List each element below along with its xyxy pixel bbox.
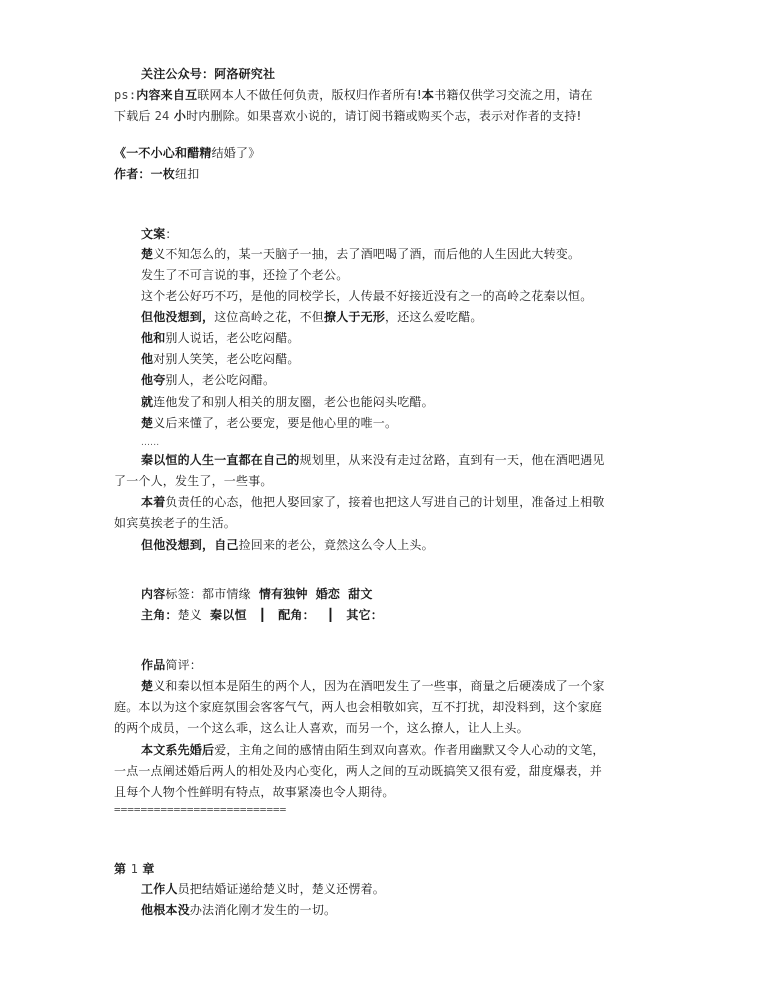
book-author: 作者：一枚纽扣 [114, 166, 199, 182]
account-name: 阿洛研究社 [214, 67, 275, 81]
synopsis-line: 但他没想到，这位高岭之花，不但撩人于无形，还这么爱吃醋。 [141, 309, 483, 325]
synopsis-para1-line1: 秦以恒的人生一直都在自己的规划里，从来没有走过岔路，直到有一天，他在酒吧遇见 [141, 452, 605, 468]
review-p2-line2: 一点一点阐述婚后两人的相处及内心变化，两人之间的互动既搞笑又很有爱，甜度爆表，并 [114, 763, 602, 779]
review-p1-line2: 庭。本以为这个家庭氛围会客客气气，两人也会相敬如宾，互不打扰，却没料到，这个家庭 [114, 699, 602, 715]
ellipsis: ...... [141, 435, 159, 451]
review-p2-line3: 且每个人物个性鲜明有特点，故事紧凑也令人期待。 [114, 784, 395, 800]
characters-line: 主角：楚义 秦以恒 ┃ 配角： ┃ 其它： [141, 607, 383, 623]
synopsis-line: 就连他发了和别人相关的朋友圈，老公也能闷头吃醋。 [141, 394, 434, 410]
synopsis-para3: 但他没想到，自己捡回来的老公，竟然这么令人上头。 [141, 537, 434, 553]
synopsis-para1-line2: 了一个人，发生了，一些事。 [114, 473, 273, 489]
separator: ┃ [259, 608, 266, 622]
synopsis-line: 这个老公好巧不巧，是他的同校学长，人传最不好接近没有之一的高岭之花秦以恒。 [141, 288, 592, 304]
review-p1-line1: 楚义和秦以恒本是陌生的两个人，因为在酒吧发生了一些事，商量之后硬凑成了一个家 [141, 678, 605, 694]
chapter-line-2: 他根本没办法消化刚才发生的一切。 [141, 902, 336, 918]
review-p2-line1: 本文系先婚后爱，主角之间的感情由陌生到双向喜欢。作者用幽默又令人心动的文笔， [141, 742, 605, 758]
synopsis-heading: 文案： [141, 226, 178, 242]
synopsis-line: 他夸别人，老公吃闷醋。 [141, 372, 275, 388]
tag: 情有独钟 [259, 587, 308, 601]
tag: 甜文 [348, 587, 372, 601]
synopsis-para2-line1: 本着负责任的心态，他把人娶回家了，接着也把这人写进自己的计划里，准备过上相敬 [141, 494, 605, 510]
book-title: 《一不小心和醋精结婚了》 [114, 145, 260, 161]
synopsis-line: 楚义不知怎么的，某一天脑子一抽，去了酒吧喝了酒，而后他的人生因此大转变。 [141, 246, 580, 262]
review-p1-line3: 的两个成员，一个这么乖，这么让人喜欢，而另一个，这么撩人，让人上头。 [114, 720, 529, 736]
synopsis-line: 他和别人说话，老公吃闷醋。 [141, 330, 300, 346]
content-tags: 内容标签：都市情缘 情有独钟 婚恋 甜文 [141, 586, 373, 602]
chapter-heading: 第 1 章 [114, 861, 155, 877]
disclaimer-line-2: 下载后 24 小时内删除。如果喜欢小说的，请订阅书籍或购买个志，表示对作者的支持… [114, 108, 581, 124]
follow-line: 关注公众号：阿洛研究社 [141, 66, 275, 82]
divider: ========================== [114, 802, 286, 818]
chapter-line-1: 工作人员把结婚证递给楚义时，楚义还愣着。 [141, 881, 385, 897]
synopsis-line: 他对别人笑笑，老公吃闷醋。 [141, 351, 300, 367]
synopsis-para2-line2: 如宾莫挨老子的生活。 [114, 515, 236, 531]
tag: 婚恋 [316, 587, 340, 601]
disclaimer-line-1: ps:内容来自互联网本人不做任何负责，版权归作者所有!本书籍仅供学习交流之用，请… [114, 87, 593, 103]
synopsis-line: 发生了不可言说的事，还捡了个老公。 [141, 267, 348, 283]
separator: ┃ [327, 608, 334, 622]
synopsis-line: 楚义后来懂了，老公要宠，要是他心里的唯一。 [141, 415, 397, 431]
review-heading: 作品简评： [141, 657, 202, 673]
